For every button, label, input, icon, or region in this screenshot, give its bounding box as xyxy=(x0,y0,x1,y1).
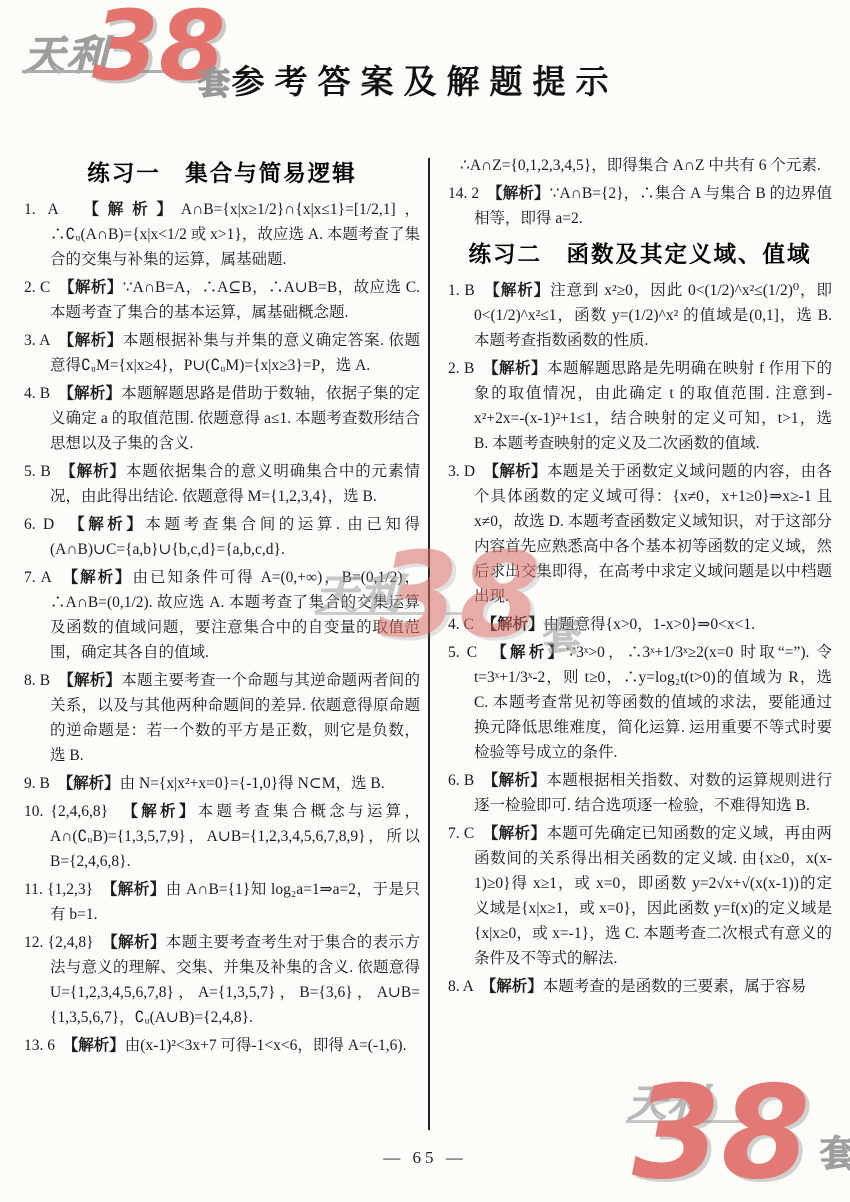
jiexi-label: 【解析】 xyxy=(491,462,547,480)
jiexi-label: 【解析】 xyxy=(489,977,543,995)
answer-item: 10. {2,4,6,8} 【解析】本题考查集合概念与运算，A∩(∁ᵤB)={1… xyxy=(24,799,420,874)
answer-item: 9. B 【解析】由 N={x|x²+x=0}={-1,0}得 N⊂M，选 B. xyxy=(24,771,420,796)
answer-key-page: 天利 38 套 参考答案及解题提示 练习一 集合与简易逻辑1. A 【解析】A∩… xyxy=(0,0,850,1202)
jiexi-label: 【解析】 xyxy=(66,384,121,402)
item-number-answer: 8. A xyxy=(448,978,473,995)
answer-item: 8. A 【解析】本题考查的是函数的三要素，属于容易 xyxy=(448,974,832,999)
item-number-answer: 6. D xyxy=(24,516,54,533)
answer-item: 1. A 【解析】A∩B={x|x≥1/2}∩{x|x≤1}=[1/2,1]，∴… xyxy=(24,197,420,272)
answer-item: 2. C 【解析】∵A∩B=A，∴A⊆B，∴A∪B=B，故应选 C. 本题考查了… xyxy=(24,275,420,325)
item-number-answer: 9. B xyxy=(24,775,50,792)
jiexi-label: 【解析】 xyxy=(65,774,119,792)
answer-item: 14. 2 【解析】∵A∩B={2}，∴集合 A 与集合 B 的边界值相等，即得… xyxy=(448,181,832,231)
answer-item: 5. C 【解析】∵3ˣ>0，∴3ˣ+1/3ˣ≥2(x=0 时取“=”). 令 … xyxy=(448,640,832,765)
item-number-answer: 1. A xyxy=(24,201,58,218)
page-number: — 65 — xyxy=(0,1148,850,1168)
jiexi-label: 【解析】 xyxy=(492,281,550,299)
jiexi-label: 【解析】 xyxy=(110,880,166,898)
watermark-underline xyxy=(626,1120,786,1123)
bottom-right-watermark: 天利 38 套 xyxy=(602,1058,850,1202)
item-number-answer: 14. 2 xyxy=(448,185,479,202)
answer-item: 1. B 【解析】注意到 x²≥0，因此 0<(1/2)^x²≤(1/2)⁰，即… xyxy=(448,278,832,353)
jiexi-label: 【解析】 xyxy=(71,1036,125,1054)
answer-item: 7. A 【解析】由已知条件可得 A=(0,+∞)，B=(0,1/2)，∴A∩B… xyxy=(24,565,420,665)
item-number-answer: 6. B xyxy=(448,772,474,789)
tianli-38-logo: 天利 38 套 xyxy=(22,8,252,118)
item-number-answer: 5. C xyxy=(448,644,477,661)
item-number-answer: 3. A xyxy=(24,332,50,349)
answer-item: 11. {1,2,3} 【解析】由 A∩B={1}知 log₂a=1⇒a=2，于… xyxy=(24,877,420,927)
jiexi-label: 【解析】 xyxy=(495,184,550,202)
answer-item: 13. 6 【解析】由(x-1)²<3x+7 可得-1<x<6，即得 A=(-1… xyxy=(24,1033,420,1058)
item-number-answer: 4. C xyxy=(448,616,474,633)
answer-item: 7. C 【解析】本题可先确定已知函数的定义域，再由两函数间的关系得出相关函数的… xyxy=(448,821,832,971)
right-column: ∴A∩Z={0,1,2,3,4,5}，即得集合 A∩Z 中共有 6 个元素.14… xyxy=(448,153,832,1002)
exercise-heading: 练习二 函数及其定义域、值域 xyxy=(448,243,832,268)
jiexi-label: 【解析】 xyxy=(489,615,543,633)
item-number-answer: 2. C xyxy=(24,279,50,296)
jiexi-label: 【解析】 xyxy=(110,933,166,951)
answer-item: 5. B 【解析】本题依据集合的意义明确集合中的元素情况，由此得出结论. 依题意… xyxy=(24,459,420,509)
answer-item: 3. A 【解析】本题根据补集与并集的意义确定答案. 依题意得∁ᵤM={x|x≥… xyxy=(24,328,420,378)
item-number-answer: 11. {1,2,3} xyxy=(24,881,93,898)
column-divider xyxy=(428,158,430,1130)
watermark-brand-text: 天利 xyxy=(628,1072,708,1127)
item-number-answer: 4. B xyxy=(24,385,50,402)
jiexi-label: 【解析】 xyxy=(77,515,146,533)
item-number-answer: 13. 6 xyxy=(24,1037,55,1054)
jiexi-label: 【解析】 xyxy=(66,331,123,349)
answer-item: 2. B 【解析】本题解题思路是先明确在映射 f 作用下的象的取值情况，由此确定… xyxy=(448,356,832,456)
item-number-answer: 3. D xyxy=(448,463,475,480)
item-number-answer: 10. {2,4,6,8} xyxy=(24,803,108,820)
answer-item: 6. B 【解析】本题根据相关指数、对数的运算规则进行逐一检验即可. 结合选项逐… xyxy=(448,768,832,818)
exercise-heading: 练习一 集合与简易逻辑 xyxy=(24,162,420,187)
item-number-answer: 12. {2,4,8} xyxy=(24,934,94,951)
jiexi-label: 【解析】 xyxy=(499,643,566,661)
jiexi-label: 【解析】 xyxy=(67,278,123,296)
continuation-text: ∴A∩Z={0,1,2,3,4,5}，即得集合 A∩Z 中共有 6 个元素. xyxy=(448,153,832,178)
logo-suffix-text: 套 xyxy=(198,58,230,104)
item-number-answer: 7. C xyxy=(448,825,474,842)
item-number-answer: 1. B xyxy=(448,282,475,299)
item-number-answer: 8. B xyxy=(24,672,50,689)
watermark-number-38: 38 xyxy=(632,1070,810,1198)
left-column: 练习一 集合与简易逻辑1. A 【解析】A∩B={x|x≥1/2}∩{x|x≤1… xyxy=(24,150,420,1061)
answer-item: 4. C 【解析】由题意得{x>0，1-x>0}⇒0<x<1. xyxy=(448,612,832,637)
jiexi-label: 【解析】 xyxy=(491,771,547,789)
item-number-answer: 5. B xyxy=(24,463,51,480)
jiexi-label: 【解析】 xyxy=(91,200,181,218)
jiexi-label: 【解析】 xyxy=(491,824,547,842)
jiexi-label: 【解析】 xyxy=(68,462,126,480)
jiexi-label: 【解析】 xyxy=(70,568,132,586)
item-number-answer: 2. B xyxy=(448,360,474,377)
answer-item: 12. {2,4,8} 【解析】本题主要考查考生对于集合的表示方法与意义的理解、… xyxy=(24,930,420,1030)
item-number-answer: 7. A xyxy=(24,569,51,586)
answer-item: 8. B 【解析】本题主要考查一个命题与其逆命题两者间的关系，以及与其他两种命题… xyxy=(24,668,420,768)
answer-item: 6. D 【解析】本题考查集合间的运算. 由已知得(A∩B)∪C={a,b}∪{… xyxy=(24,512,420,562)
answer-item: 3. D 【解析】本题是关于函数定义域问题的内容，由各个具体函数的定义域可得：{… xyxy=(448,459,832,609)
answer-item: 4. B 【解析】本题解题思路是借助于数轴，依据子集的定义确定 a 的取值范围.… xyxy=(24,381,420,456)
jiexi-label: 【解析】 xyxy=(491,359,547,377)
jiexi-label: 【解析】 xyxy=(66,671,121,689)
jiexi-label: 【解析】 xyxy=(130,802,197,820)
